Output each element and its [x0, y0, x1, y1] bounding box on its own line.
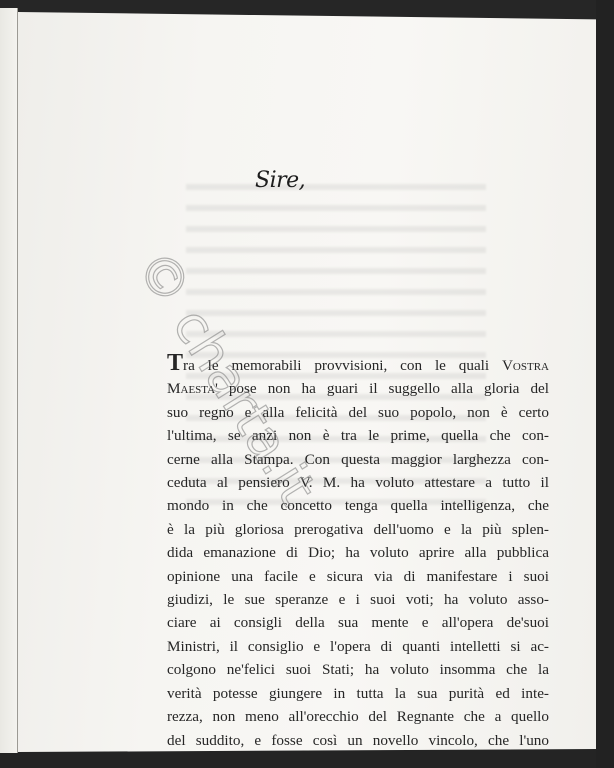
text-line: mondo in che concetto tenga quella intel…: [167, 494, 549, 517]
body-paragraph: Tra le memorabili provvisioni, con le qu…: [167, 354, 549, 752]
text-line: opinione una facile e sicura via di mani…: [167, 565, 549, 588]
text-line: è la più gloriosa prerogativa dell'uomo …: [167, 518, 549, 541]
scan-border-right: [596, 0, 614, 768]
text-line: rezza, non meno all'orecchio del Regnant…: [167, 705, 549, 728]
text-line: del suddito, e fosse così un novello vin…: [167, 729, 549, 752]
text-line: giudizi, le sue speranze e i suoi voti; …: [167, 588, 549, 611]
text-line: Tra le memorabili provvisioni, con le qu…: [167, 354, 549, 377]
text-line: cerne alla Stampa. Con questa maggior la…: [167, 448, 549, 471]
text-line: Maesta' pose non ha guari il suggello al…: [167, 377, 549, 400]
text-line: colgono ne'felici suoi Stati; ha voluto …: [167, 658, 549, 681]
text-line: verità potesse giungere in tutta la sua …: [167, 682, 549, 705]
text-line: Ministri, il consiglio e l'opera di quan…: [167, 635, 549, 658]
text-line: ciare ai consigli della sua mente e all'…: [167, 611, 549, 634]
text-line: suo regno e alla felicità del suo popolo…: [167, 401, 549, 424]
text-line: l'ultima, se anzi non è tra le prime, qu…: [167, 424, 549, 447]
facing-page-edge: [0, 8, 18, 753]
drop-cap: T: [167, 350, 183, 376]
text-line: ceduta al pensiero V. M. ha voluto attes…: [167, 471, 549, 494]
salutation: Sire,: [255, 168, 305, 193]
text-line: dida emanazione di Dio; ha voluto aprire…: [167, 541, 549, 564]
